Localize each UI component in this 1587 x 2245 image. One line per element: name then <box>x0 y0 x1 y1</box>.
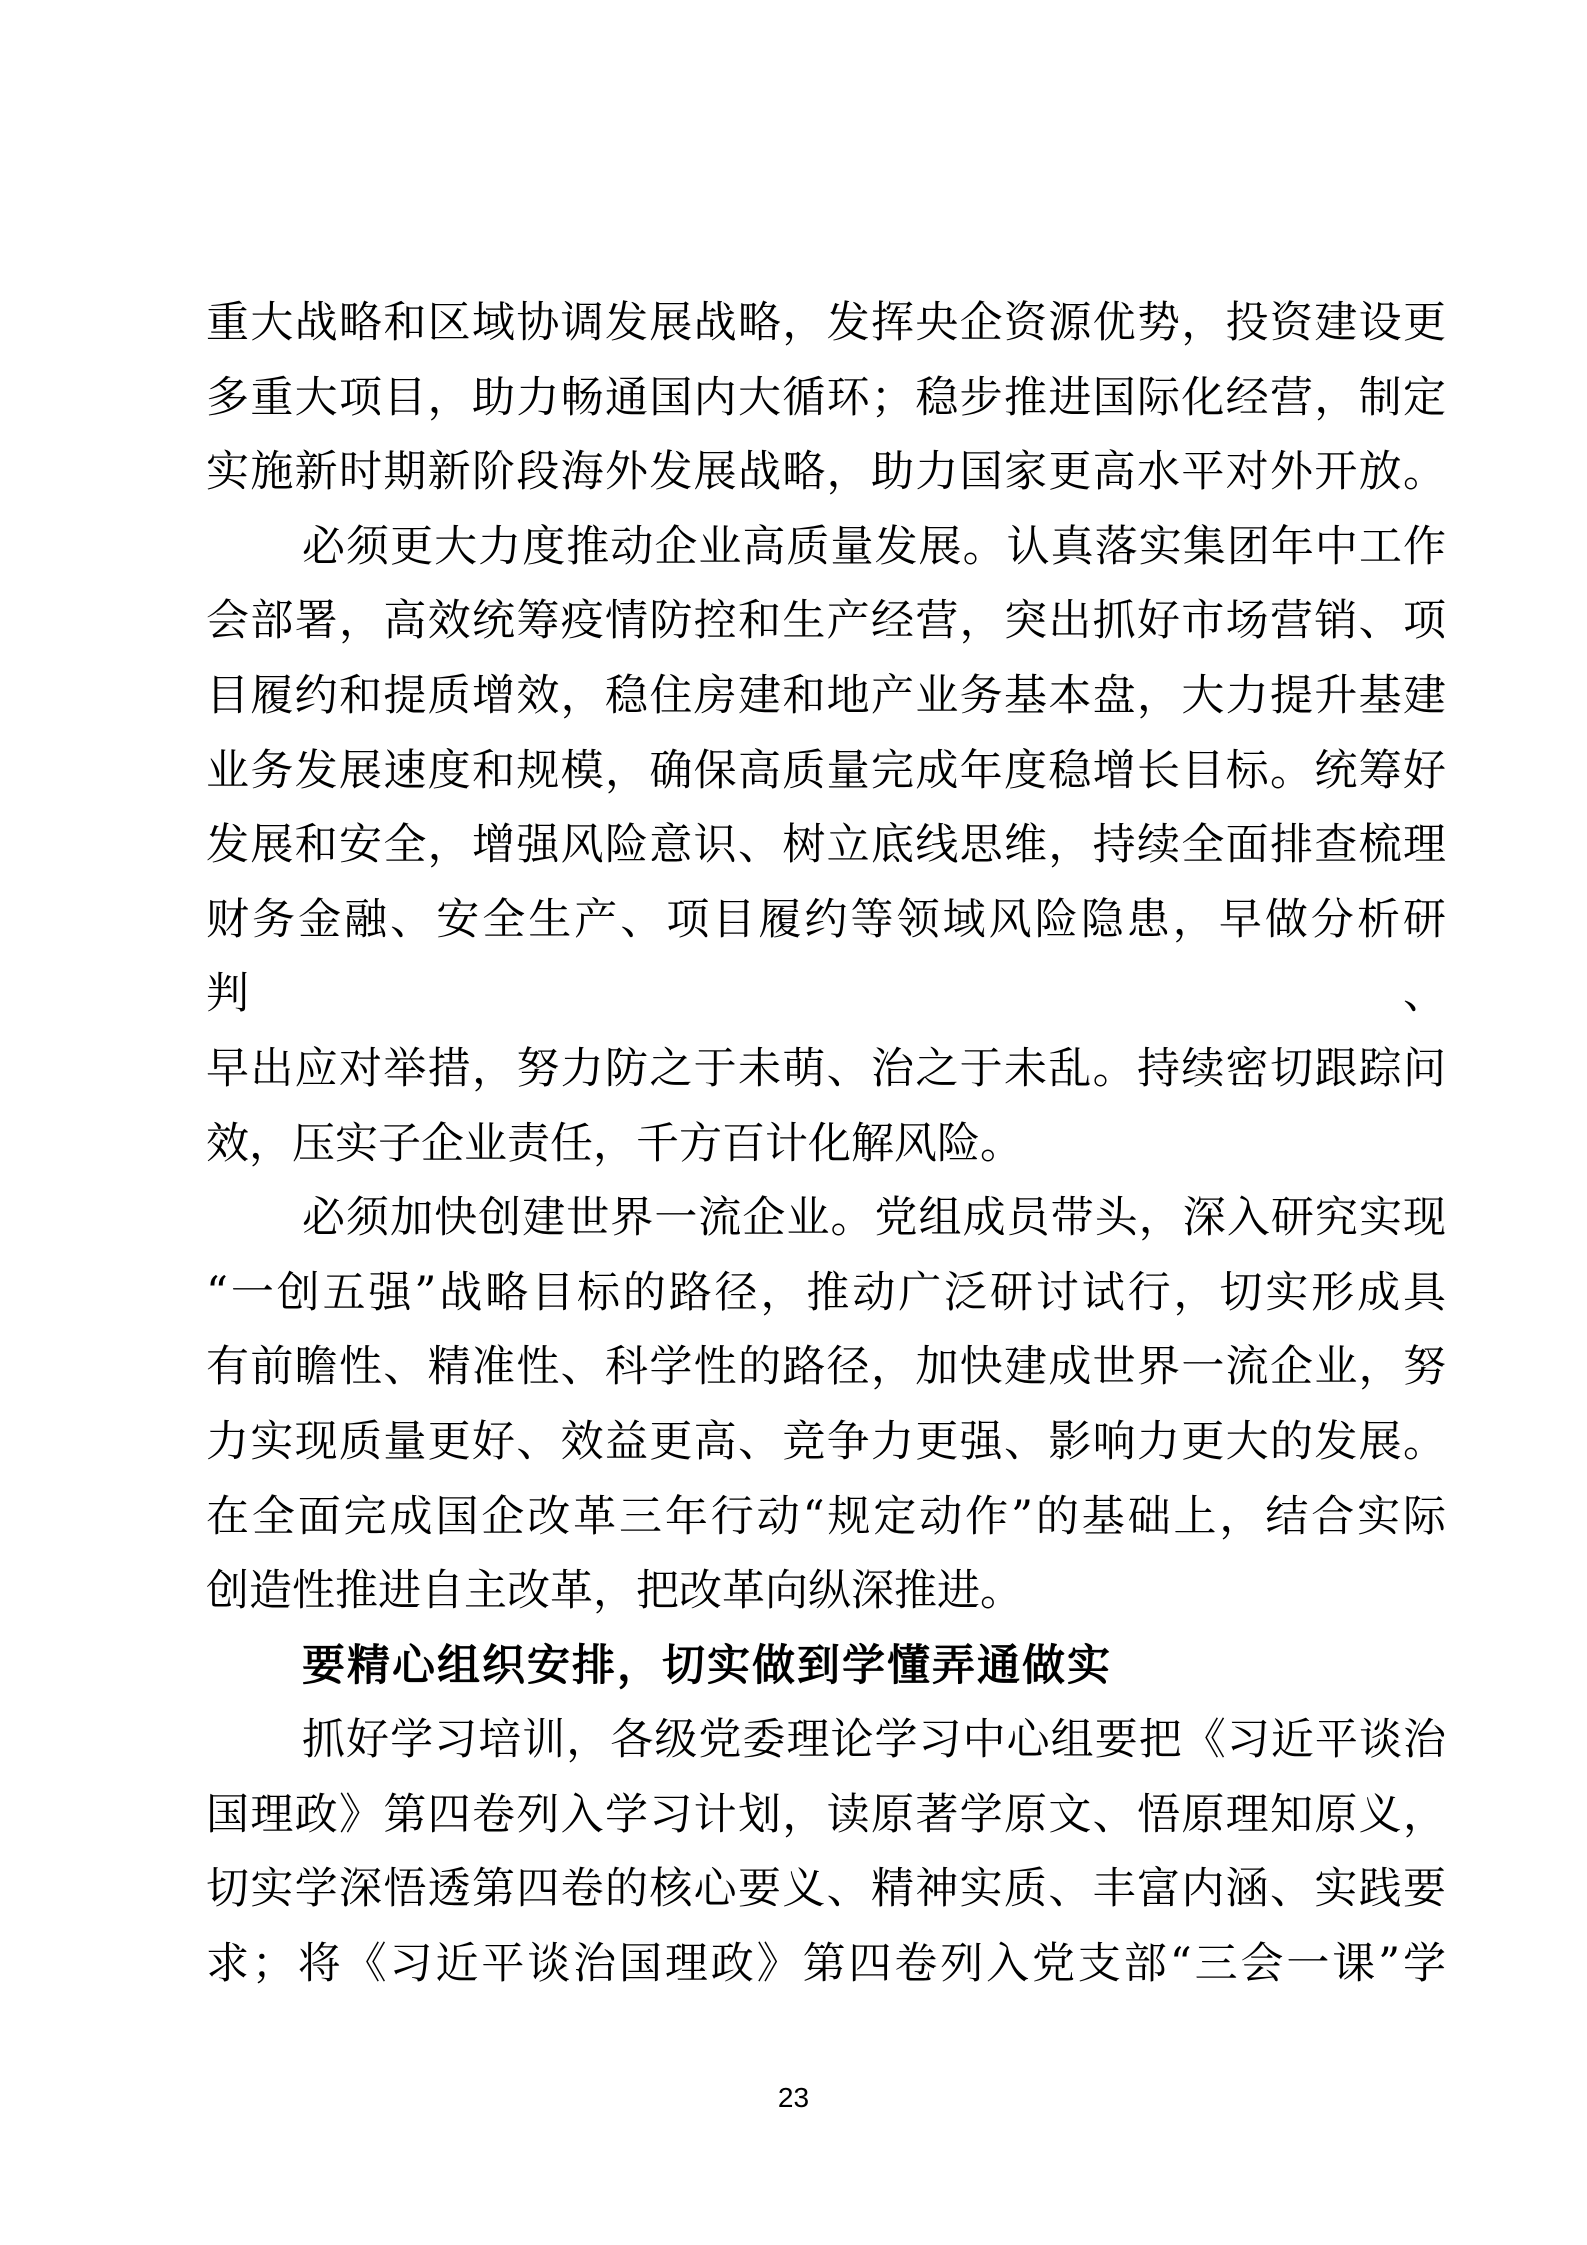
paragraph: 必须加快创建世界一流企业。党组成员带头，深入研究实现 “一创五强”战略目标的路径… <box>206 1181 1446 1629</box>
text-line: 多重大项目，助力畅通国内大循环；稳步推进国际化经营，制定 <box>206 361 1446 436</box>
paragraph: 重大战略和区域协调发展战略，发挥央企资源优势，投资建设更 多重大项目，助力畅通国… <box>206 286 1446 510</box>
paragraph: 抓好学习培训，各级党委理论学习中心组要把《习近平谈治 国理政》第四卷列入学习计划… <box>206 1703 1446 2001</box>
text-line: 有前瞻性、精准性、科学性的路径，加快建成世界一流企业，努 <box>206 1330 1446 1405</box>
text-line: 发展和安全，增强风险意识、树立底线思维，持续全面排查梳理 <box>206 808 1446 883</box>
text-line: 早出应对举措，努力防之于未萌、治之于未乱。持续密切跟踪问 <box>206 1032 1446 1107</box>
page-number: 23 <box>0 2082 1587 2114</box>
text-line: 切实学深悟透第四卷的核心要义、精神实质、丰富内涵、实践要 <box>206 1852 1446 1927</box>
text-line: 抓好学习培训，各级党委理论学习中心组要把《习近平谈治 <box>206 1703 1446 1778</box>
text-line: 目履约和提质增效，稳住房建和地产业务基本盘，大力提升基建 <box>206 659 1446 734</box>
document-page: 重大战略和区域协调发展战略，发挥央企资源优势，投资建设更 多重大项目，助力畅通国… <box>0 0 1587 2245</box>
paragraph: 必须更大力度推动企业高质量发展。认真落实集团年中工作 会部署，高效统筹疫情防控和… <box>206 510 1446 1181</box>
text-line: 会部署，高效统筹疫情防控和生产经营，突出抓好市场营销、项 <box>206 584 1446 659</box>
text-line: 必须加快创建世界一流企业。党组成员带头，深入研究实现 <box>206 1181 1446 1256</box>
text-line: 国理政》第四卷列入学习计划，读原著学原文、悟原理知原义， <box>206 1778 1446 1853</box>
text-line: “一创五强”战略目标的路径，推动广泛研讨试行，切实形成具 <box>206 1256 1446 1331</box>
text-block: 重大战略和区域协调发展战略，发挥央企资源优势，投资建设更 多重大项目，助力畅通国… <box>206 286 1446 2002</box>
text-line: 力实现质量更好、效益更高、竞争力更强、影响力更大的发展。 <box>206 1405 1446 1480</box>
text-line: 实施新时期新阶段海外发展战略，助力国家更高水平对外开放。 <box>206 435 1446 510</box>
section-heading: 要精心组织安排，切实做到学懂弄通做实 <box>206 1629 1446 1704</box>
text-line: 求；将《习近平谈治国理政》第四卷列入党支部“三会一课”学 <box>206 1927 1446 2002</box>
text-line: 重大战略和区域协调发展战略，发挥央企资源优势，投资建设更 <box>206 286 1446 361</box>
text-line: 业务发展速度和规模，确保高质量完成年度稳增长目标。统筹好 <box>206 734 1446 809</box>
text-line: 财务金融、安全生产、项目履约等领域风险隐患，早做分析研判、 <box>206 883 1446 1032</box>
text-line: 效，压实子企业责任，千方百计化解风险。 <box>206 1107 1446 1182</box>
text-line: 在全面完成国企改革三年行动“规定动作”的基础上，结合实际 <box>206 1480 1446 1555</box>
text-line: 必须更大力度推动企业高质量发展。认真落实集团年中工作 <box>206 510 1446 585</box>
text-line: 创造性推进自主改革，把改革向纵深推进。 <box>206 1554 1446 1629</box>
